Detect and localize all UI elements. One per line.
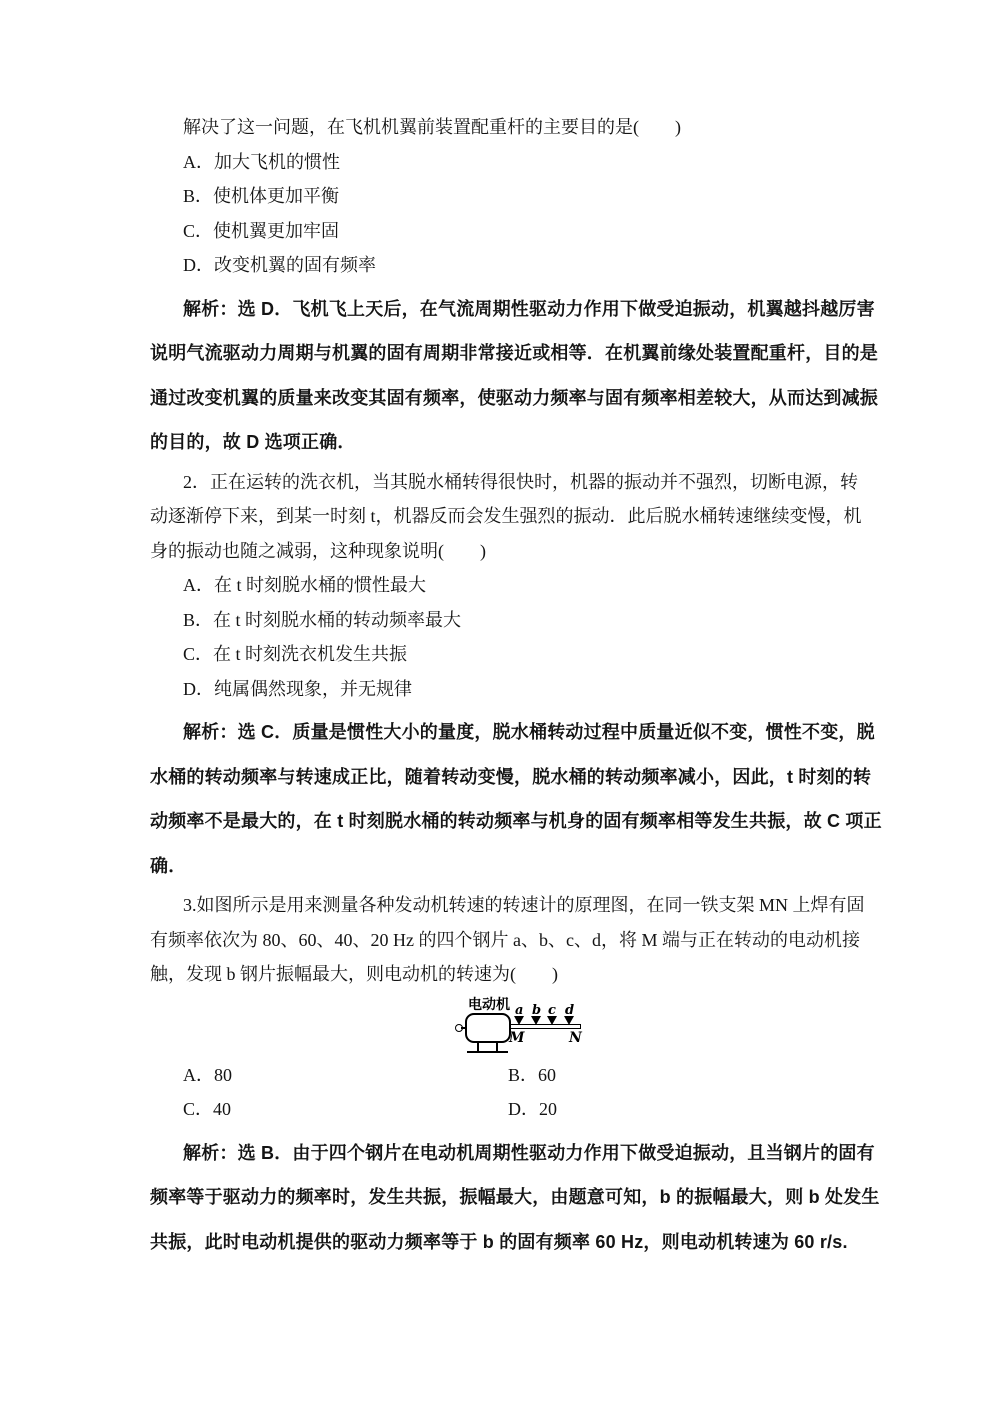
analysis-line: 共振，此时电动机提供的驱动力频率等于 b 的固有频率 60 Hz，则电动机转速为… (150, 1220, 855, 1265)
question-3-option-b: B．60 (508, 1058, 556, 1093)
steel-strip-c-triangle (547, 1016, 557, 1025)
motor-label: 电动机 (468, 997, 510, 1011)
question-1-stem: 解决了这一问题，在飞机机翼前装置配重杆的主要目的是( ) (150, 110, 855, 145)
question-2-option-d: D．纯属偶然现象，并无规律 (150, 672, 855, 707)
question-3: 3.如图所示是用来测量各种发动机转速的转速计的原理图，在同一铁支架 MN 上焊有… (150, 888, 855, 1264)
analysis-line: 解析：选 D．飞机飞上天后，在气流周期性驱动力作用下做受迫振动，机翼越抖越厉害 (150, 287, 855, 332)
question-3-stem-line: 触，发现 b 钢片振幅最大，则电动机的转速为( ) (150, 957, 855, 992)
analysis-line: 通过改变机翼的质量来改变其固有频率，使驱动力频率与固有频率相差较大，从而达到减振 (150, 376, 855, 421)
bar-end-label-n: N (569, 1031, 582, 1045)
question-2-option-c: C．在 t 时刻洗衣机发生共振 (150, 637, 855, 672)
question-3-options-row-2: C．40 D．20 (150, 1092, 855, 1127)
analysis-line: 频率等于驱动力的频率时，发生共振，振幅最大，由题意可知，b 的振幅最大，则 b … (150, 1175, 855, 1220)
analysis-line: 说明气流驱动力周期与机翼的固有周期非常接近或相等．在机翼前缘处装置配重杆，目的是 (150, 331, 855, 376)
question-3-option-a: A．80 (150, 1058, 232, 1093)
question-3-stem-line: 3.如图所示是用来测量各种发动机转速的转速计的原理图，在同一铁支架 MN 上焊有… (150, 888, 855, 923)
question-2-stem-line: 2．正在运转的洗衣机，当其脱水桶转得很快时，机器的振动并不强烈，切断电源，转 (150, 465, 855, 500)
steel-strip-d-triangle (564, 1016, 574, 1025)
question-2-analysis: 解析：选 C．质量是惯性大小的量度，脱水桶转动过程中质量近似不变，惯性不变，脱 … (150, 710, 855, 888)
figure-canvas: 电动机 a b c d M N (455, 996, 590, 1058)
question-1: 解决了这一问题，在飞机机翼前装置配重杆的主要目的是( ) A．加大飞机的惯性 B… (150, 110, 855, 465)
question-2-option-b: B．在 t 时刻脱水桶的转动频率最大 (150, 603, 855, 638)
steel-strip-a-triangle (514, 1016, 524, 1025)
analysis-line: 动频率不是最大的，在 t 时刻脱水桶的转动频率与机身的固有频率相等发生共振，故 … (150, 799, 855, 844)
bar-end-label-m: M (509, 1031, 525, 1045)
motor-body (465, 1013, 511, 1043)
page-content: 解决了这一问题，在飞机机翼前装置配重杆的主要目的是( ) A．加大飞机的惯性 B… (150, 110, 855, 1264)
analysis-line: 解析：选 C．质量是惯性大小的量度，脱水桶转动过程中质量近似不变，惯性不变，脱 (150, 710, 855, 755)
motor-stand-base (467, 1051, 508, 1053)
question-2-option-a: A．在 t 时刻脱水桶的惯性最大 (150, 568, 855, 603)
steel-strip-b-triangle (531, 1016, 541, 1025)
question-3-option-d: D．20 (508, 1092, 557, 1127)
question-3-analysis: 解析：选 B．由于四个钢片在电动机周期性驱动力作用下做受迫振动，且当钢片的固有 … (150, 1131, 855, 1265)
worksheet-page: { "page": { "background": "#ffffff", "te… (0, 0, 1000, 1414)
question-1-option-d: D．改变机翼的固有频率 (150, 248, 855, 283)
question-2: 2．正在运转的洗衣机，当其脱水桶转得很快时，机器的振动并不强烈，切断电源，转 动… (150, 465, 855, 889)
question-1-option-c: C．使机翼更加牢固 (150, 214, 855, 249)
analysis-line: 确． (150, 844, 855, 889)
question-3-stem-line: 有频率依次为 80、60、40、20 Hz 的四个钢片 a、b、c、d，将 M … (150, 923, 855, 958)
question-1-analysis: 解析：选 D．飞机飞上天后，在气流周期性驱动力作用下做受迫振动，机翼越抖越厉害 … (150, 287, 855, 465)
question-3-options-row-1: A．80 B．60 (150, 1058, 855, 1093)
analysis-line: 的目的，故 D 选项正确． (150, 420, 855, 465)
question-2-stem-line: 动逐渐停下来，到某一时刻 t，机器反而会发生强烈的振动．此后脱水桶转速继续变慢，… (150, 499, 855, 534)
question-1-option-b: B．使机体更加平衡 (150, 179, 855, 214)
question-1-option-a: A．加大飞机的惯性 (150, 145, 855, 180)
analysis-line: 解析：选 B．由于四个钢片在电动机周期性驱动力作用下做受迫振动，且当钢片的固有 (150, 1131, 855, 1176)
question-3-option-c: C．40 (150, 1092, 231, 1127)
analysis-line: 水桶的转动频率与转速成正比，随着转动变慢，脱水桶的转动频率减小，因此，t 时刻的… (150, 755, 855, 800)
question-2-stem-line: 身的振动也随之减弱，这种现象说明( ) (150, 534, 855, 569)
tachometer-figure: 电动机 a b c d M N (150, 996, 855, 1058)
